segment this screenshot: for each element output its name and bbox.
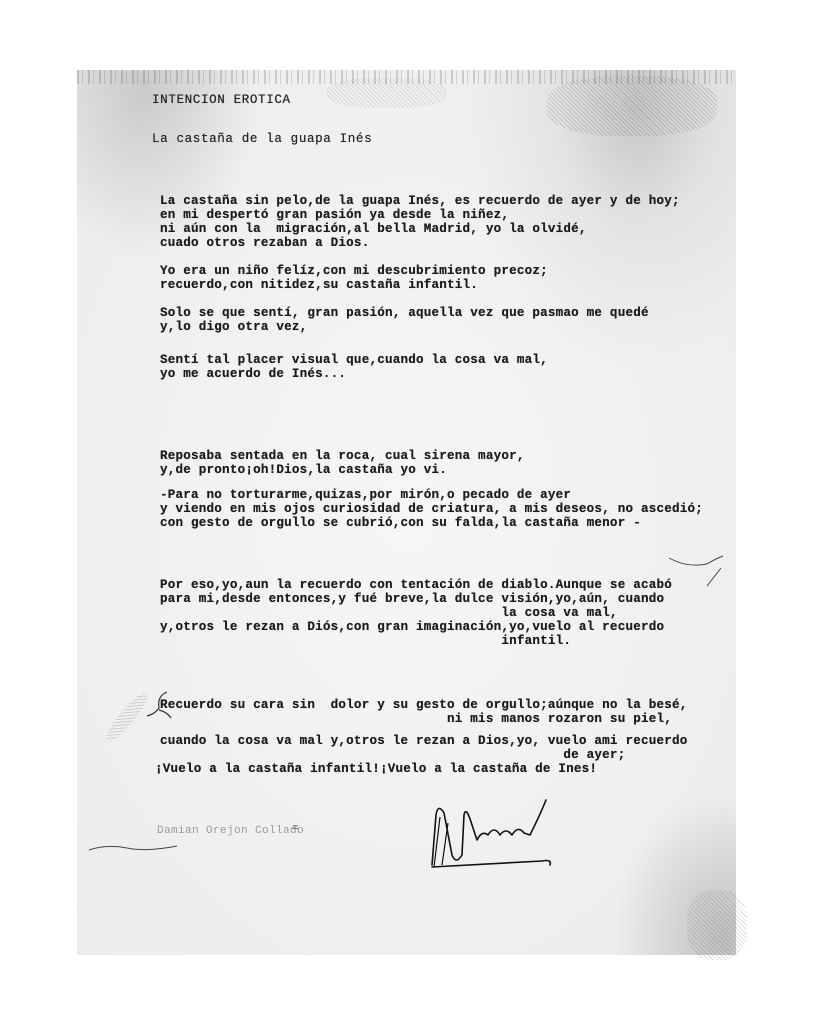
scanned-page: INTENCION EROTICA La castaña de la guapa… <box>77 70 736 955</box>
poem-line: y,de pronto¡oh!Dios,la castaña yo vi. <box>160 463 447 477</box>
pen-mark-left <box>137 690 177 730</box>
scan-smudge-top-mid <box>327 78 447 108</box>
poem-line: Yo era un niño felíz,con mi descubrimien… <box>160 264 548 278</box>
poem-line: -Para no torturarme,quizas,por mirón,o p… <box>160 488 571 502</box>
poem-line: cuado otros rezaban a Dios. <box>160 236 369 250</box>
poem-line: Por eso,yo,aun la recuerdo con tentación… <box>160 578 672 592</box>
poem-line: para mi,desde entonces,y fué breve,la du… <box>160 592 664 606</box>
typist-name: Damian Orejon Collado <box>157 825 304 837</box>
document-heading: INTENCION EROTICA <box>152 93 291 107</box>
poem-line: y,otros le rezan a Diós,con gran imagina… <box>160 620 664 634</box>
poem-line: ¡Vuelo a la castaña infantil!¡Vuelo a la… <box>155 762 597 776</box>
scan-smudge-top-right <box>547 76 717 136</box>
pen-mark-bottom-left <box>87 842 187 854</box>
poem-line: yo me acuerdo de Inés... <box>160 367 346 381</box>
poem-line: y,lo digo otra vez, <box>160 320 307 334</box>
poem-line: La castaña sin pelo,de la guapa Inés, es… <box>160 194 680 208</box>
poem-line: Recuerdo su cara sin dolor y su gesto de… <box>160 698 688 712</box>
poem-line: y viendo en mis ojos curiosidad de criat… <box>160 502 703 516</box>
poem-line: Solo se que sentí, gran pasión, aquella … <box>160 306 649 320</box>
scan-smudge-bottom-right <box>687 890 747 960</box>
poem-line: infantil. <box>160 634 571 648</box>
poem-line: Reposaba sentada en la roca, cual sirena… <box>160 449 525 463</box>
poem-line: la cosa va mal, <box>160 606 618 620</box>
poem-line: con gesto de orgullo se cubrió,con su fa… <box>160 516 641 530</box>
poem-title: La castaña de la guapa Inés <box>152 132 372 146</box>
poem-line: ni mis manos rozaron su piel, <box>160 712 672 726</box>
poem-line: ni aún con la migración,al bella Madrid,… <box>160 222 587 236</box>
poem-line: en mi despertó gran pasión ya desde la n… <box>160 208 509 222</box>
poem-line: cuando la cosa va mal y,otros le rezan a… <box>160 734 688 748</box>
pen-mark-right <box>667 550 727 590</box>
poem-line: Sentí tal placer visual que,cuando la co… <box>160 353 548 367</box>
poem-line: de ayer; <box>160 748 625 762</box>
equals-mark: = <box>292 823 299 835</box>
signature-mark <box>422 795 572 875</box>
poem-line: recuerdo,con nitidez,su castaña infantil… <box>160 278 478 292</box>
